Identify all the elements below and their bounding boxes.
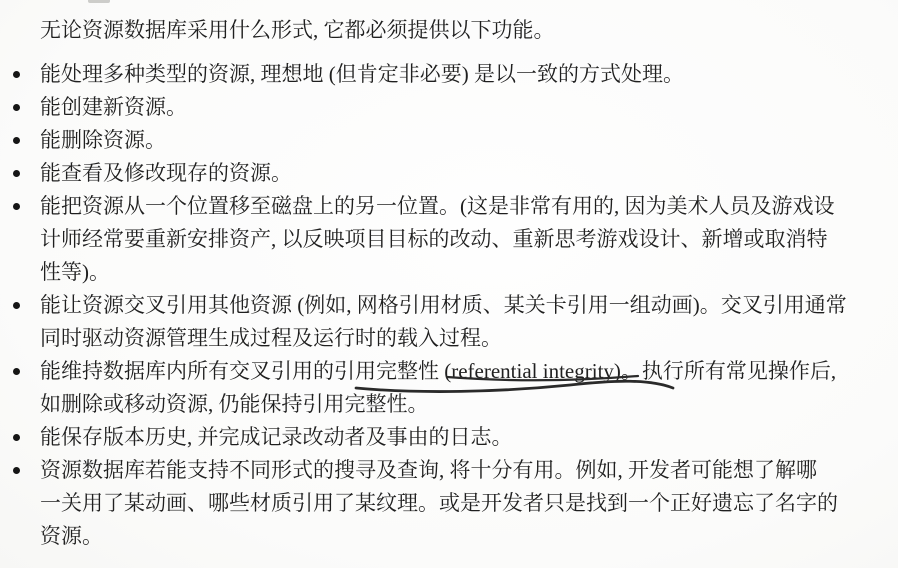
list-item-text: 能查看及修改现存的资源。	[40, 161, 292, 185]
list-item-text: 能创建新资源。	[40, 95, 187, 119]
bullet-dot-icon	[13, 434, 20, 441]
scan-artifact	[88, 0, 110, 3]
feature-list: 能处理多种类型的资源, 理想地 (但肯定非必要) 是以一致的方式处理。 能创建新…	[0, 58, 898, 553]
book-page: 无论资源数据库采用什么形式, 它都必须提供以下功能。 能处理多种类型的资源, 理…	[0, 0, 898, 568]
list-item: 能查看及修改现存的资源。	[0, 157, 880, 190]
list-item: 资源数据库若能支持不同形式的搜寻及查询, 将十分有用。例如, 开发者可能想了解哪…	[0, 454, 880, 553]
list-item-text: 能把资源从一个位置移至磁盘上的另一位置。(这是非常有用的, 因为美术人员及游戏设…	[40, 194, 835, 284]
bullet-dot-icon	[13, 71, 20, 78]
list-item: 能创建新资源。	[0, 91, 880, 124]
list-item: 能删除资源。	[0, 124, 880, 157]
bullet-dot-icon	[13, 467, 20, 474]
list-item: 能保存版本历史, 并完成记录改动者及事由的日志。	[0, 421, 880, 454]
list-item: 能让资源交叉引用其他资源 (例如, 网格引用材质、某关卡引用一组动画)。交叉引用…	[0, 289, 880, 355]
list-item: 能处理多种类型的资源, 理想地 (但肯定非必要) 是以一致的方式处理。	[0, 58, 880, 91]
bullet-dot-icon	[13, 368, 20, 375]
list-item-text: 资源数据库若能支持不同形式的搜寻及查询, 将十分有用。例如, 开发者可能想了解哪…	[40, 458, 838, 548]
list-item: 能维持数据库内所有交叉引用的引用完整性 (referential integri…	[0, 355, 880, 421]
bullet-dot-icon	[13, 170, 20, 177]
bullet-dot-icon	[13, 203, 20, 210]
list-item: 能把资源从一个位置移至磁盘上的另一位置。(这是非常有用的, 因为美术人员及游戏设…	[0, 190, 880, 289]
list-item-text: 能处理多种类型的资源, 理想地 (但肯定非必要) 是以一致的方式处理。	[40, 62, 684, 86]
bullet-dot-icon	[13, 137, 20, 144]
list-item-text: 能让资源交叉引用其他资源 (例如, 网格引用材质、某关卡引用一组动画)。交叉引用…	[40, 293, 847, 350]
bullet-dot-icon	[13, 104, 20, 111]
bullet-dot-icon	[13, 302, 20, 309]
intro-paragraph: 无论资源数据库采用什么形式, 它都必须提供以下功能。	[0, 0, 898, 47]
list-item-text: 能维持数据库内所有交叉引用的引用完整性 (referential integri…	[40, 359, 836, 416]
list-item-text: 能保存版本历史, 并完成记录改动者及事由的日志。	[40, 425, 513, 449]
list-item-text: 能删除资源。	[40, 128, 166, 152]
